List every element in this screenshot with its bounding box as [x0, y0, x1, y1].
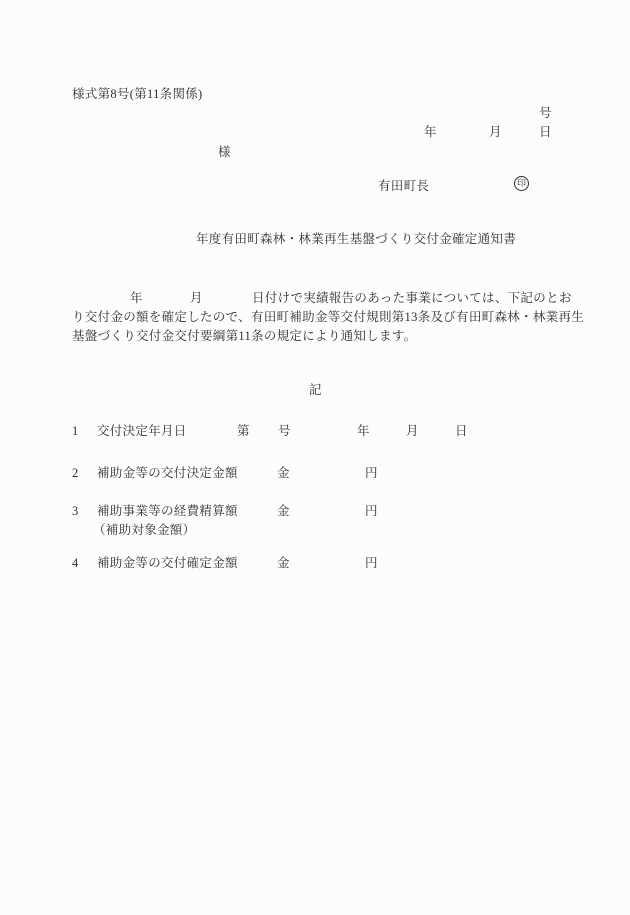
- item-1-year: 年: [357, 424, 370, 439]
- item-3-kin: 金: [277, 504, 290, 519]
- body-month-label: 月: [190, 291, 203, 306]
- issuer-name: 有田町長: [378, 179, 429, 194]
- item-4-number: 4: [72, 556, 79, 571]
- item-2-label: 補助金等の交付決定金額: [97, 466, 238, 481]
- doc-number-suffix: 号: [539, 106, 552, 121]
- item-1-dai: 第: [237, 424, 250, 439]
- document-title: 年度有田町森林・林業再生基盤づくり交付金確定通知書: [196, 232, 516, 247]
- date-year-label: 年: [424, 125, 437, 140]
- item-3-yen: 円: [365, 504, 378, 519]
- item-1-day: 日: [455, 424, 468, 439]
- item-3-label: 補助事業等の経費精算額: [97, 504, 238, 519]
- seal-icon: 印: [514, 176, 529, 191]
- item-4-yen: 円: [365, 556, 378, 571]
- item-3-sublabel: （補助対象金額）: [93, 523, 195, 538]
- item-2-kin: 金: [277, 466, 290, 481]
- body-line1: 日付けで実績報告のあった事業については、下記のとお: [252, 291, 572, 306]
- body-line3: 基盤づくり交付金交付要綱第11条の規定により通知します。: [72, 329, 416, 344]
- item-2-yen: 円: [365, 466, 378, 481]
- body-line2: り交付金の額を確定したので、有田町補助金等交付規則第13条及び有田町森林・林業再…: [72, 310, 584, 325]
- form-code: 様式第8号(第11条関係): [72, 87, 203, 102]
- item-1-number: 1: [72, 424, 79, 439]
- item-1-month: 月: [406, 424, 419, 439]
- item-4-label: 補助金等の交付確定金額: [97, 556, 238, 571]
- addressee-honorific: 様: [218, 145, 231, 160]
- date-day-label: 日: [539, 125, 552, 140]
- item-2-number: 2: [72, 466, 79, 481]
- seal-character: 印: [517, 179, 526, 188]
- date-month-label: 月: [489, 125, 502, 140]
- body-year-label: 年: [130, 291, 143, 306]
- document-page: 様式第8号(第11条関係) 号 年 月 日 様 有田町長 印 年度有田町森林・林…: [0, 0, 630, 915]
- record-marker: 記: [309, 383, 322, 398]
- item-4-kin: 金: [277, 556, 290, 571]
- item-1-label: 交付決定年月日: [97, 424, 187, 439]
- item-1-go: 号: [278, 424, 291, 439]
- item-3-number: 3: [72, 504, 79, 519]
